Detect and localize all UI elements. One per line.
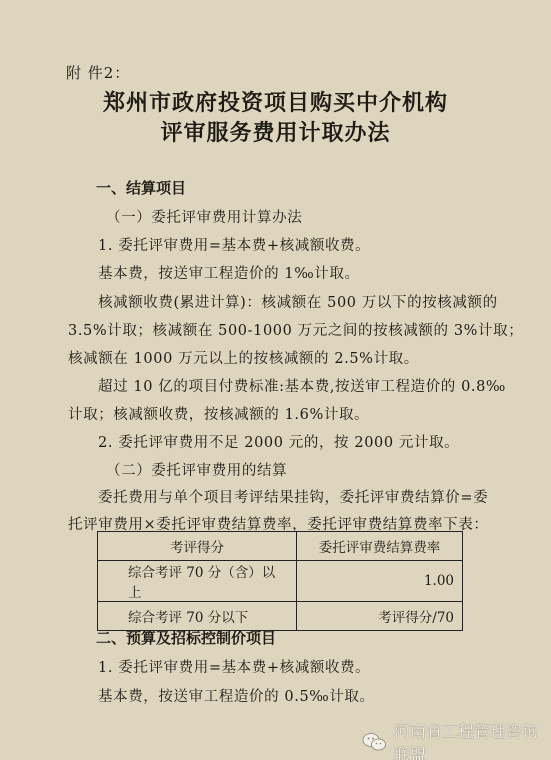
document-title-line2: 评审服务费用计取办法 [0,116,551,147]
table-header-row: 考评得分 委托评审费结算费率 [98,532,463,561]
watermark-text: 河南省工程管理咨询联盟 [394,719,551,760]
paragraph-line: 委托费用与单个项目考评结果挂钩，委托评审费结算价=委 [98,486,488,507]
section1-heading: 一、结算项目 [96,177,186,198]
section1-sub2-heading: （二）委托评审费用的结算 [106,459,287,480]
paragraph-line: 核减额在 1000 万元以上的按核减额的 2.5%计取。 [68,347,419,368]
table-row: 综合考评 70 分（含）以上 1.00 [98,561,463,602]
paragraph-line: 2. 委托评审费用不足 2000 元的，按 2000 元计取。 [98,431,459,452]
attachment-label: 附 件2： [66,62,130,83]
section2-heading: 二、预算及招标控制价项目 [96,627,276,648]
paragraph-line: 计取；核减额收费，按核减额的 1.6%计取。 [68,403,369,424]
paragraph-line: 基本费，按送审工程造价的 0.5‰计取。 [98,685,375,706]
section1-sub1-heading: （一）委托评审费用计算办法 [106,206,302,227]
table-cell: 考评得分/70 [297,602,463,631]
paragraph-line: 核减额收费(累进计算)：核减额在 500 万以下的按核减额的 [98,291,498,312]
paragraph-line: 1. 委托评审费用=基本费+核减额收费。 [98,234,370,255]
table-header-cell: 考评得分 [98,532,297,561]
paragraph-line: 1. 委托评审费用=基本费+核减额收费。 [98,656,370,677]
settlement-rate-table: 考评得分 委托评审费结算费率 综合考评 70 分（含）以上 1.00 综合考评 … [97,531,463,631]
wechat-icon [362,732,388,752]
paragraph-line: 超过 10 亿的项目付费标准:基本费,按送审工程造价的 0.8‰ [98,375,506,396]
table-header-cell: 委托评审费结算费率 [297,532,463,561]
document-title-line1: 郑州市政府投资项目购买中介机构 [0,86,551,117]
table-cell: 1.00 [297,561,463,602]
watermark: 河南省工程管理咨询联盟 [362,719,551,760]
table-cell: 综合考评 70 分（含）以上 [98,561,297,602]
paragraph-line: 3.5%计取；核减额在 500-1000 万元之间的按核减额的 3%计取； [68,319,523,340]
paragraph-line: 基本费，按送审工程造价的 1‰计取。 [98,262,360,283]
